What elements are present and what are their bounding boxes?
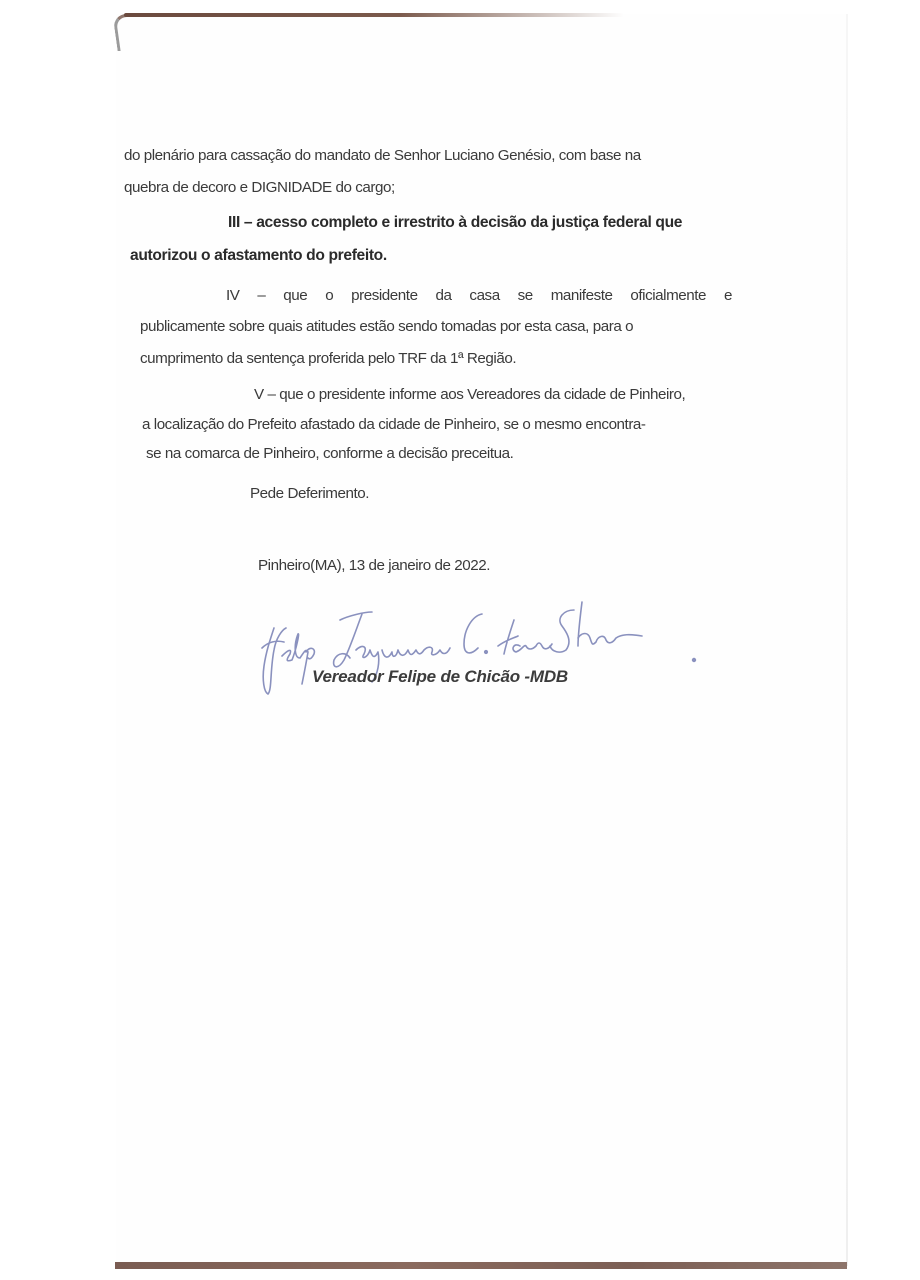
item-v-line-1: V – que o presidente informe aos Vereado…	[254, 387, 685, 402]
item-iv-word: manifeste	[551, 288, 613, 303]
item-iii-line-2: autorizou o afastamento do prefeito.	[130, 248, 387, 264]
item-iv-line-2: publicamente sobre quais atitudes estão …	[140, 319, 633, 334]
item-iv-word: presidente	[351, 288, 417, 303]
place-date: Pinheiro(MA), 13 de janeiro de 2022.	[258, 558, 490, 573]
item-v-line-2: a localização do Prefeito afastado da ci…	[142, 417, 646, 432]
item-iv-line-1: IV–queopresidentedacasasemanifesteoficia…	[226, 288, 732, 303]
item-iii-line-1: III – acesso completo e irrestrito à dec…	[228, 215, 682, 231]
item-iv-word: que	[283, 288, 307, 303]
item-iv-line-3: cumprimento da sentença proferida pelo T…	[140, 351, 516, 366]
closing-request: Pede Deferimento.	[250, 486, 369, 501]
paper-top-edge	[124, 13, 624, 17]
continuation-line-2: quebra de decoro e DIGNIDADE do cargo;	[124, 180, 395, 195]
item-v-line-3: se na comarca de Pinheiro, conforme a de…	[146, 446, 513, 461]
item-iv-word: e	[724, 288, 732, 303]
item-iv-word: –	[257, 288, 265, 303]
item-iv-word: casa	[469, 288, 499, 303]
item-iv-word: da	[436, 288, 452, 303]
document-page: do plenário para cassação do mandato de …	[0, 0, 920, 1280]
item-iv-word: se	[518, 288, 533, 303]
paper-bottom-edge	[115, 1262, 847, 1269]
paper-right-edge	[846, 14, 848, 1266]
item-iv-word: oficialmente	[630, 288, 706, 303]
item-iv-word: o	[325, 288, 333, 303]
signer-name: Vereador Felipe de Chicão -MDB	[312, 667, 568, 687]
item-iv-word: IV	[226, 288, 239, 303]
continuation-line-1: do plenário para cassação do mandato de …	[124, 148, 641, 163]
